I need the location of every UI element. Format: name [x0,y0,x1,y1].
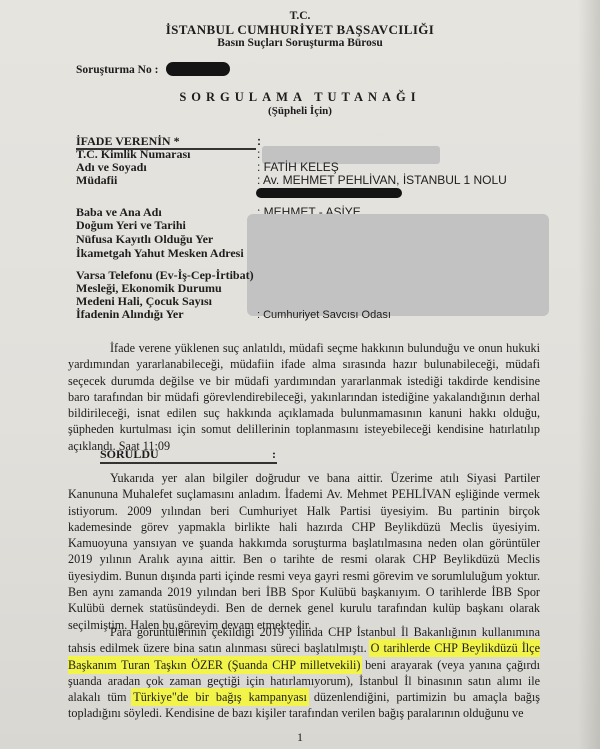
lawyer-redaction [256,188,402,198]
document-title: SORGULAMA TUTANAĞI [0,90,600,105]
field-label-registry: Nüfusa Kayıtlı Olduğu Yer [76,232,213,247]
header-bureau: Basın Suçları Soruşturma Bürosu [0,37,600,49]
rights-paragraph: İfade verene yüklenen suç anlatıldı, müd… [68,340,540,454]
field-colon-tc-kimlik: : [257,147,260,161]
statement-paragraph-1: Yukarıda yer alan bilgiler doğrudur ve b… [68,470,540,633]
highlighted-text-2: Türkiye"de bir bağış kampanyası [133,690,307,704]
heading-colon: : [257,134,261,148]
field-label-address: İkametgah Yahut Mesken Adresi [76,246,244,261]
field-label-birth: Doğum Yeri ve Tarihi [76,218,186,233]
page-number: 1 [0,730,600,745]
field-value-name: : FATİH KELEŞ [257,160,339,174]
soruldu-label: SORULDU [100,447,159,462]
investigation-number-label: Soruşturma No : [76,64,158,76]
field-label-location: İfadenin Alındığı Yer [76,307,184,322]
document-page: T.C. İSTANBUL CUMHURİYET BAŞSAVCILIĞI Ba… [0,0,600,749]
soruldu-colon: : [272,447,276,462]
header-office: İSTANBUL CUMHURİYET BAŞSAVCILIĞI [0,22,600,38]
statement-paragraph-2: Para görüntülerinin çekildiği 2019 yılın… [68,624,540,722]
personal-info-redaction [247,214,549,316]
investigation-number-redaction [166,62,230,76]
document-subtitle: (Şüpheli İçin) [0,105,600,117]
field-value-location: : Cumhuriyet Savcısı Odası [257,309,391,321]
header-tc: T.C. [0,10,600,22]
statement-1-text: Yukarıda yer alan bilgiler doğrudur ve b… [68,471,540,632]
rights-text: İfade verene yüklenen suç anlatıldı, müd… [68,341,540,453]
soruldu-underline [100,462,277,464]
field-label-lawyer: Müdafii [76,173,117,188]
field-value-lawyer: : Av. MEHMET PEHLİVAN, İSTANBUL 1 NOLU [257,173,507,187]
